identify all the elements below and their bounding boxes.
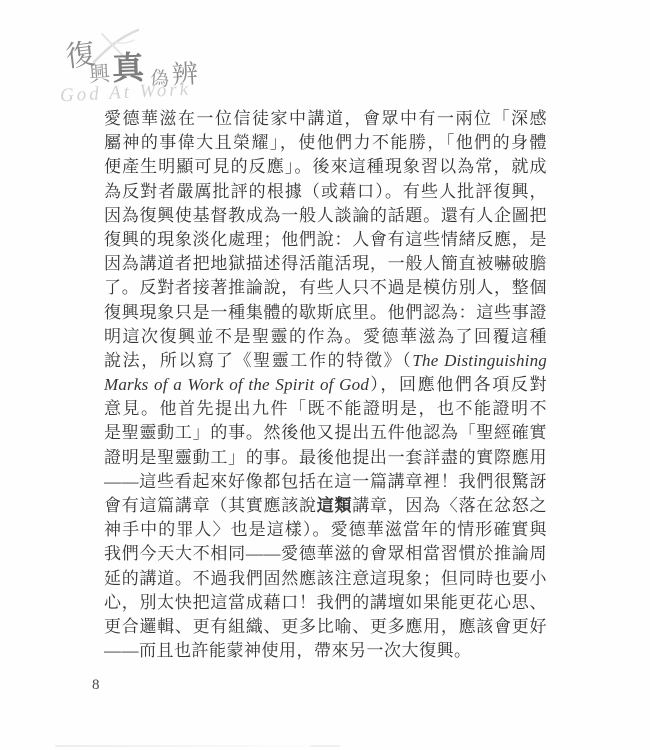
text-run: The Distinguishing bbox=[412, 351, 547, 370]
text-line: 心，別太快把這當成藉口！我們的講壇如果能更花心思、 bbox=[104, 591, 547, 615]
page-number: 8 bbox=[92, 677, 100, 694]
text-line: ——這些看起來好像都包括在這一篇講章裡！我們很驚訝 bbox=[104, 470, 547, 494]
text-run: 復興現象只是一種集體的歇斯底里。他們認為：這些事證 bbox=[104, 303, 547, 322]
text-line: 屬神的事偉大且榮耀」，使他們力不能勝，「他們的身體 bbox=[104, 131, 547, 155]
text-run: 為反對者嚴厲批評的根據（或藉口）。有些人批評復興， bbox=[104, 182, 547, 201]
text-run: 愛德華滋在一位信徒家中講道，會眾中有一兩位「深感 bbox=[104, 109, 547, 128]
scan-artifact bbox=[310, 745, 340, 747]
text-run: 因為復興使基督教成為一般人談論的話題。還有人企圖把 bbox=[104, 206, 547, 225]
text-line: 復興的現象淡化處理；他們說：人會有這些情緒反應，是 bbox=[104, 228, 547, 252]
text-run: ），回應他們各項反對 bbox=[369, 375, 547, 394]
text-line: Marks of a Work of the Spirit of God），回應… bbox=[104, 373, 547, 397]
text-run: 延的講道。不過我們固然應該注意這現象；但同時也要小 bbox=[104, 569, 547, 588]
text-run: 這類 bbox=[317, 496, 352, 515]
book-page: 復 興 真 偽 辨 God At Work 愛德華滋在一位信徒家中講道，會眾中有… bbox=[0, 0, 650, 750]
text-line: ——而且也許能蒙神使用，帶來另一次大復興。 bbox=[104, 639, 547, 663]
text-line: 是聖靈動工」的事。然後他又提出五件他認為「聖經確實 bbox=[104, 421, 547, 445]
text-run: 因為講道者把地獄描述得活龍活現，一般人簡直被嚇破膽 bbox=[104, 254, 547, 273]
text-line: 愛德華滋在一位信徒家中講道，會眾中有一兩位「深感 bbox=[104, 107, 547, 131]
text-run: 意見。他首先提出九件「既不能證明是，也不能證明不 bbox=[104, 399, 547, 418]
text-run: 了。反對者接著推論說，有些人只不過是模仿別人，整個 bbox=[104, 278, 547, 297]
text-line: 了。反對者接著推論說，有些人只不過是模仿別人，整個 bbox=[104, 276, 547, 300]
text-run: 我們今天大不相同——愛德華滋的會眾相當習慣於推論周 bbox=[104, 544, 547, 563]
text-run: 證明是聖靈動工」的事。最後他提出一套詳盡的實際應用 bbox=[104, 448, 547, 467]
text-run: 講章，因為〈落在忿怒之 bbox=[352, 496, 547, 515]
text-line: 因為講道者把地獄描述得活龍活現，一般人簡直被嚇破膽 bbox=[104, 252, 547, 276]
logo-subtitle: God At Work bbox=[60, 79, 192, 108]
text-run: 更合邏輯、更有組織、更多比喻、更多應用，應該會更好 bbox=[104, 617, 547, 636]
scan-artifact bbox=[55, 745, 335, 747]
text-run: 便產生明顯可見的反應」。後來這種現象習以為常，就成 bbox=[104, 157, 547, 176]
text-line: 神手中的罪人〉也是這樣）。愛德華滋當年的情形確實與 bbox=[104, 518, 547, 542]
text-line: 說法，所以寫了《聖靈工作的特徵》（The Distinguishing bbox=[104, 349, 547, 373]
text-line: 意見。他首先提出九件「既不能證明是，也不能證明不 bbox=[104, 397, 547, 421]
text-run: 屬神的事偉大且榮耀」，使他們力不能勝，「他們的身體 bbox=[104, 133, 547, 152]
body-text: 愛德華滋在一位信徒家中講道，會眾中有一兩位「深感屬神的事偉大且榮耀」，使他們力不… bbox=[104, 107, 547, 663]
text-run: 心，別太快把這當成藉口！我們的講壇如果能更花心思、 bbox=[104, 593, 547, 612]
text-line: 為反對者嚴厲批評的根據（或藉口）。有些人批評復興， bbox=[104, 180, 547, 204]
text-run: ——而且也許能蒙神使用，帶來另一次大復興。 bbox=[104, 641, 472, 660]
text-run: ——這些看起來好像都包括在這一篇講章裡！我們很驚訝 bbox=[104, 472, 547, 491]
text-run: 明這次復興並不是聖靈的作為。愛德華滋為了回覆這種 bbox=[104, 327, 547, 346]
text-line: 證明是聖靈動工」的事。最後他提出一套詳盡的實際應用 bbox=[104, 446, 547, 470]
text-line: 明這次復興並不是聖靈的作為。愛德華滋為了回覆這種 bbox=[104, 325, 547, 349]
text-line: 我們今天大不相同——愛德華滋的會眾相當習慣於推論周 bbox=[104, 542, 547, 566]
text-line: 更合邏輯、更有組織、更多比喻、更多應用，應該會更好 bbox=[104, 615, 547, 639]
text-run: 復興的現象淡化處理；他們說：人會有這些情緒反應，是 bbox=[104, 230, 547, 249]
text-line: 延的講道。不過我們固然應該注意這現象；但同時也要小 bbox=[104, 567, 547, 591]
text-run: 會有這篇講章（其實應該說 bbox=[104, 496, 317, 515]
book-logo: 復 興 真 偽 辨 God At Work bbox=[60, 28, 230, 112]
text-run: 說法，所以寫了《聖靈工作的特徵》（ bbox=[104, 351, 412, 370]
text-line: 會有這篇講章（其實應該說這類講章，因為〈落在忿怒之 bbox=[104, 494, 547, 518]
text-run: 神手中的罪人〉也是這樣）。愛德華滋當年的情形確實與 bbox=[104, 520, 547, 539]
text-run: Marks of a Work of the Spirit of God bbox=[104, 375, 369, 394]
logo-char: 真 bbox=[111, 51, 144, 84]
text-run: 是聖靈動工」的事。然後他又提出五件他認為「聖經確實 bbox=[104, 423, 547, 442]
text-line: 便產生明顯可見的反應」。後來這種現象習以為常，就成 bbox=[104, 155, 547, 179]
text-line: 復興現象只是一種集體的歇斯底里。他們認為：這些事證 bbox=[104, 301, 547, 325]
text-line: 因為復興使基督教成為一般人談論的話題。還有人企圖把 bbox=[104, 204, 547, 228]
